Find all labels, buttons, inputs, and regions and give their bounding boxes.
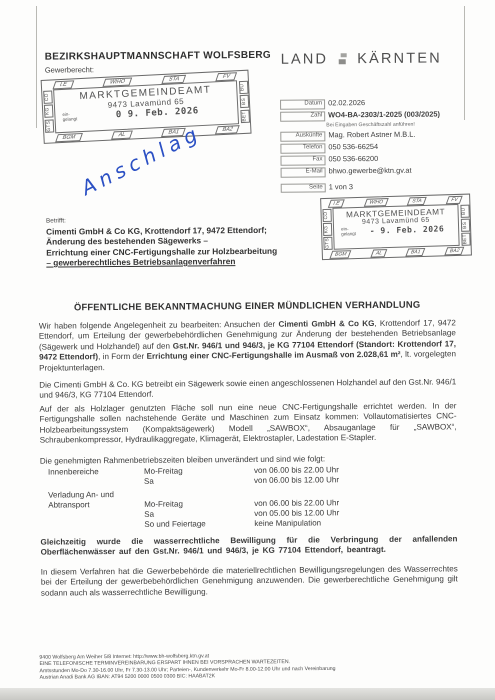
infobox-row-zahl: Zahl WO4-BA-2303/1-2025 (003/2025) [280, 110, 480, 121]
stamp-cell: AL [370, 249, 387, 258]
stamp-cell: BET [461, 232, 470, 245]
stamp-right-cells: BU BS BET [459, 204, 470, 246]
schedule-time: von 06.00 bis 12.00 Uhr [254, 474, 448, 486]
infobox-value: Mag. Robert Astner M.B.L. [328, 131, 415, 140]
document-content: BEZIRKSHAUPTMANNSCHAFT WOLFSBERG Gewerbe… [0, 0, 495, 700]
stamp-cell: STA [407, 197, 427, 206]
infobox-row-datum: Datum 02.02.2026 [280, 98, 480, 109]
infobox-label: Fax [280, 156, 325, 166]
stamp-cell: FV [445, 196, 462, 205]
stamp-cell: BGM [55, 133, 82, 142]
infobox-label: Seite [281, 183, 326, 193]
paragraph-water-law-application: Gleichzeitig wurde die wasserrechtliche … [40, 534, 457, 558]
paragraph-new-hall-machines: Auf der als Holzlager genutzten Fläche s… [39, 401, 456, 446]
paragraph-current-operation: Die Cimenti GmbH & Co. KG betreibt ein S… [39, 377, 456, 401]
announcement-title: ÖFFENTLICHE BEKANNTMACHUNG EINER MÜNDLIC… [0, 298, 495, 313]
infobox-label: Datum [280, 99, 325, 109]
schedule-intro: Die genehmigten Rahmenbetriebszeiten ble… [40, 454, 325, 465]
schedule-row: So und Feiertage keine Manipulation [48, 517, 448, 530]
schedule-time: keine Manipulation [254, 517, 448, 529]
scanned-document-page: BEZIRKSHAUPTMANNSCHAFT WOLFSBERG Gewerbe… [0, 0, 495, 700]
stamp-cell: AL [111, 130, 133, 139]
stamp-cell: BU [460, 204, 469, 217]
stamp-date: - 9. Feb. 2026 [356, 224, 458, 236]
stamp-cell: KG [43, 105, 53, 118]
infobox-row-auskuenfte: Auskünfte Mag. Robert Astner M.B.L. [280, 130, 480, 141]
stamp-cell: WIHO [103, 77, 133, 86]
stamp-cell: BA1 [405, 248, 425, 257]
reference-infobox: Datum 02.02.2026 Zahl WO4-BA-2303/1-2025… [280, 98, 481, 195]
stamp-right-cells: BU BS BET [238, 80, 250, 124]
scan-bottom-shadow [0, 688, 495, 700]
infobox-row-telefon: Telefon 050 536-66254 [280, 142, 480, 153]
schedule-row: Sa von 06.00 bis 12.00 Uhr [48, 474, 448, 487]
subject-line-underlined: – gewerberechtliches Betriebsanlagenverf… [46, 255, 346, 268]
infobox-label: Telefon [280, 144, 325, 154]
infobox-label: E-Mail [281, 168, 326, 178]
subject-block: Betrifft: Cimenti GmbH & Co KG, Krottend… [46, 215, 346, 268]
infobox-row-seite: Seite 1 von 3 [281, 182, 481, 193]
land-kaernten-logo: LAND KÄRNTEN [281, 50, 442, 67]
infobox-label: Auskünfte [280, 132, 325, 142]
logo-word-land: LAND [281, 51, 329, 67]
stamp-cell: STA [161, 75, 186, 84]
infobox-value: bhwo.gewerbe@ktn.gv.at [329, 167, 412, 176]
infobox-row-email: E-Mail bhwo.gewerbe@ktn.gv.at [281, 167, 481, 178]
stamp-cell: BU [238, 81, 248, 94]
stamp-cell: BS [239, 95, 249, 108]
infobox-value: 050 536-66200 [328, 155, 378, 163]
stamp-cell: BA2 [214, 125, 239, 134]
stamp-received-label: ein-gelangt [62, 113, 77, 123]
stamp-cell: BA2 [444, 247, 464, 256]
infobox-row-fax: Fax 050 536-66200 [280, 155, 480, 166]
subject-label: Betrifft: [46, 215, 346, 224]
schedule-day: Sa [144, 476, 254, 487]
kaernten-squares-icon [339, 53, 348, 65]
stamp-cell: BS [460, 218, 469, 231]
stamp-cell: BET [240, 110, 250, 123]
logo-word-kaernten: KÄRNTEN [357, 50, 442, 67]
infobox-label: Zahl [280, 111, 325, 121]
footer-block: 9400 Wolfsberg Am Weiher 5/8 Internet: h… [39, 651, 487, 681]
entry-stamp-first: I.E WIHO STA FV CO KG GTS MARKTGEMEINDEA… [41, 70, 252, 144]
infobox-value: 1 von 3 [329, 183, 353, 191]
stamp-center: MARKTGEMEINDEAMT 9473 Lavamünd 65 ein-ge… [332, 204, 459, 250]
infobox-value: WO4-BA-2303/1-2025 (003/2025) [328, 111, 440, 120]
paragraph-application: Wir haben folgende Angelegenheit zu bear… [39, 318, 456, 373]
infobox-value: 02.02.2026 [328, 99, 365, 107]
stamp-cell: GTS [44, 120, 54, 133]
stamp-cell: CO [43, 90, 53, 103]
paragraph-procedure-note: In diesem Verfahren hat die Gewerbebehör… [41, 564, 458, 598]
stamp-cell: FV [215, 72, 237, 81]
agency-name: BEZIRKSHAUPTMANNSCHAFT WOLFSBERG [45, 50, 271, 63]
stamp-cell: I.E [52, 80, 74, 89]
infobox-zahl-note: Bei Eingaben Geschäftszahl anführen! [326, 121, 480, 128]
department-label: Gewerberecht: [45, 65, 94, 74]
stamp-cell: WIHO [363, 198, 388, 207]
schedule-day: So und Feiertage [144, 519, 254, 530]
infobox-value: 050 536-66254 [328, 143, 378, 151]
operating-hours-table: Innenbereiche Mo-Freitag von 06.00 bis 2… [48, 464, 448, 530]
